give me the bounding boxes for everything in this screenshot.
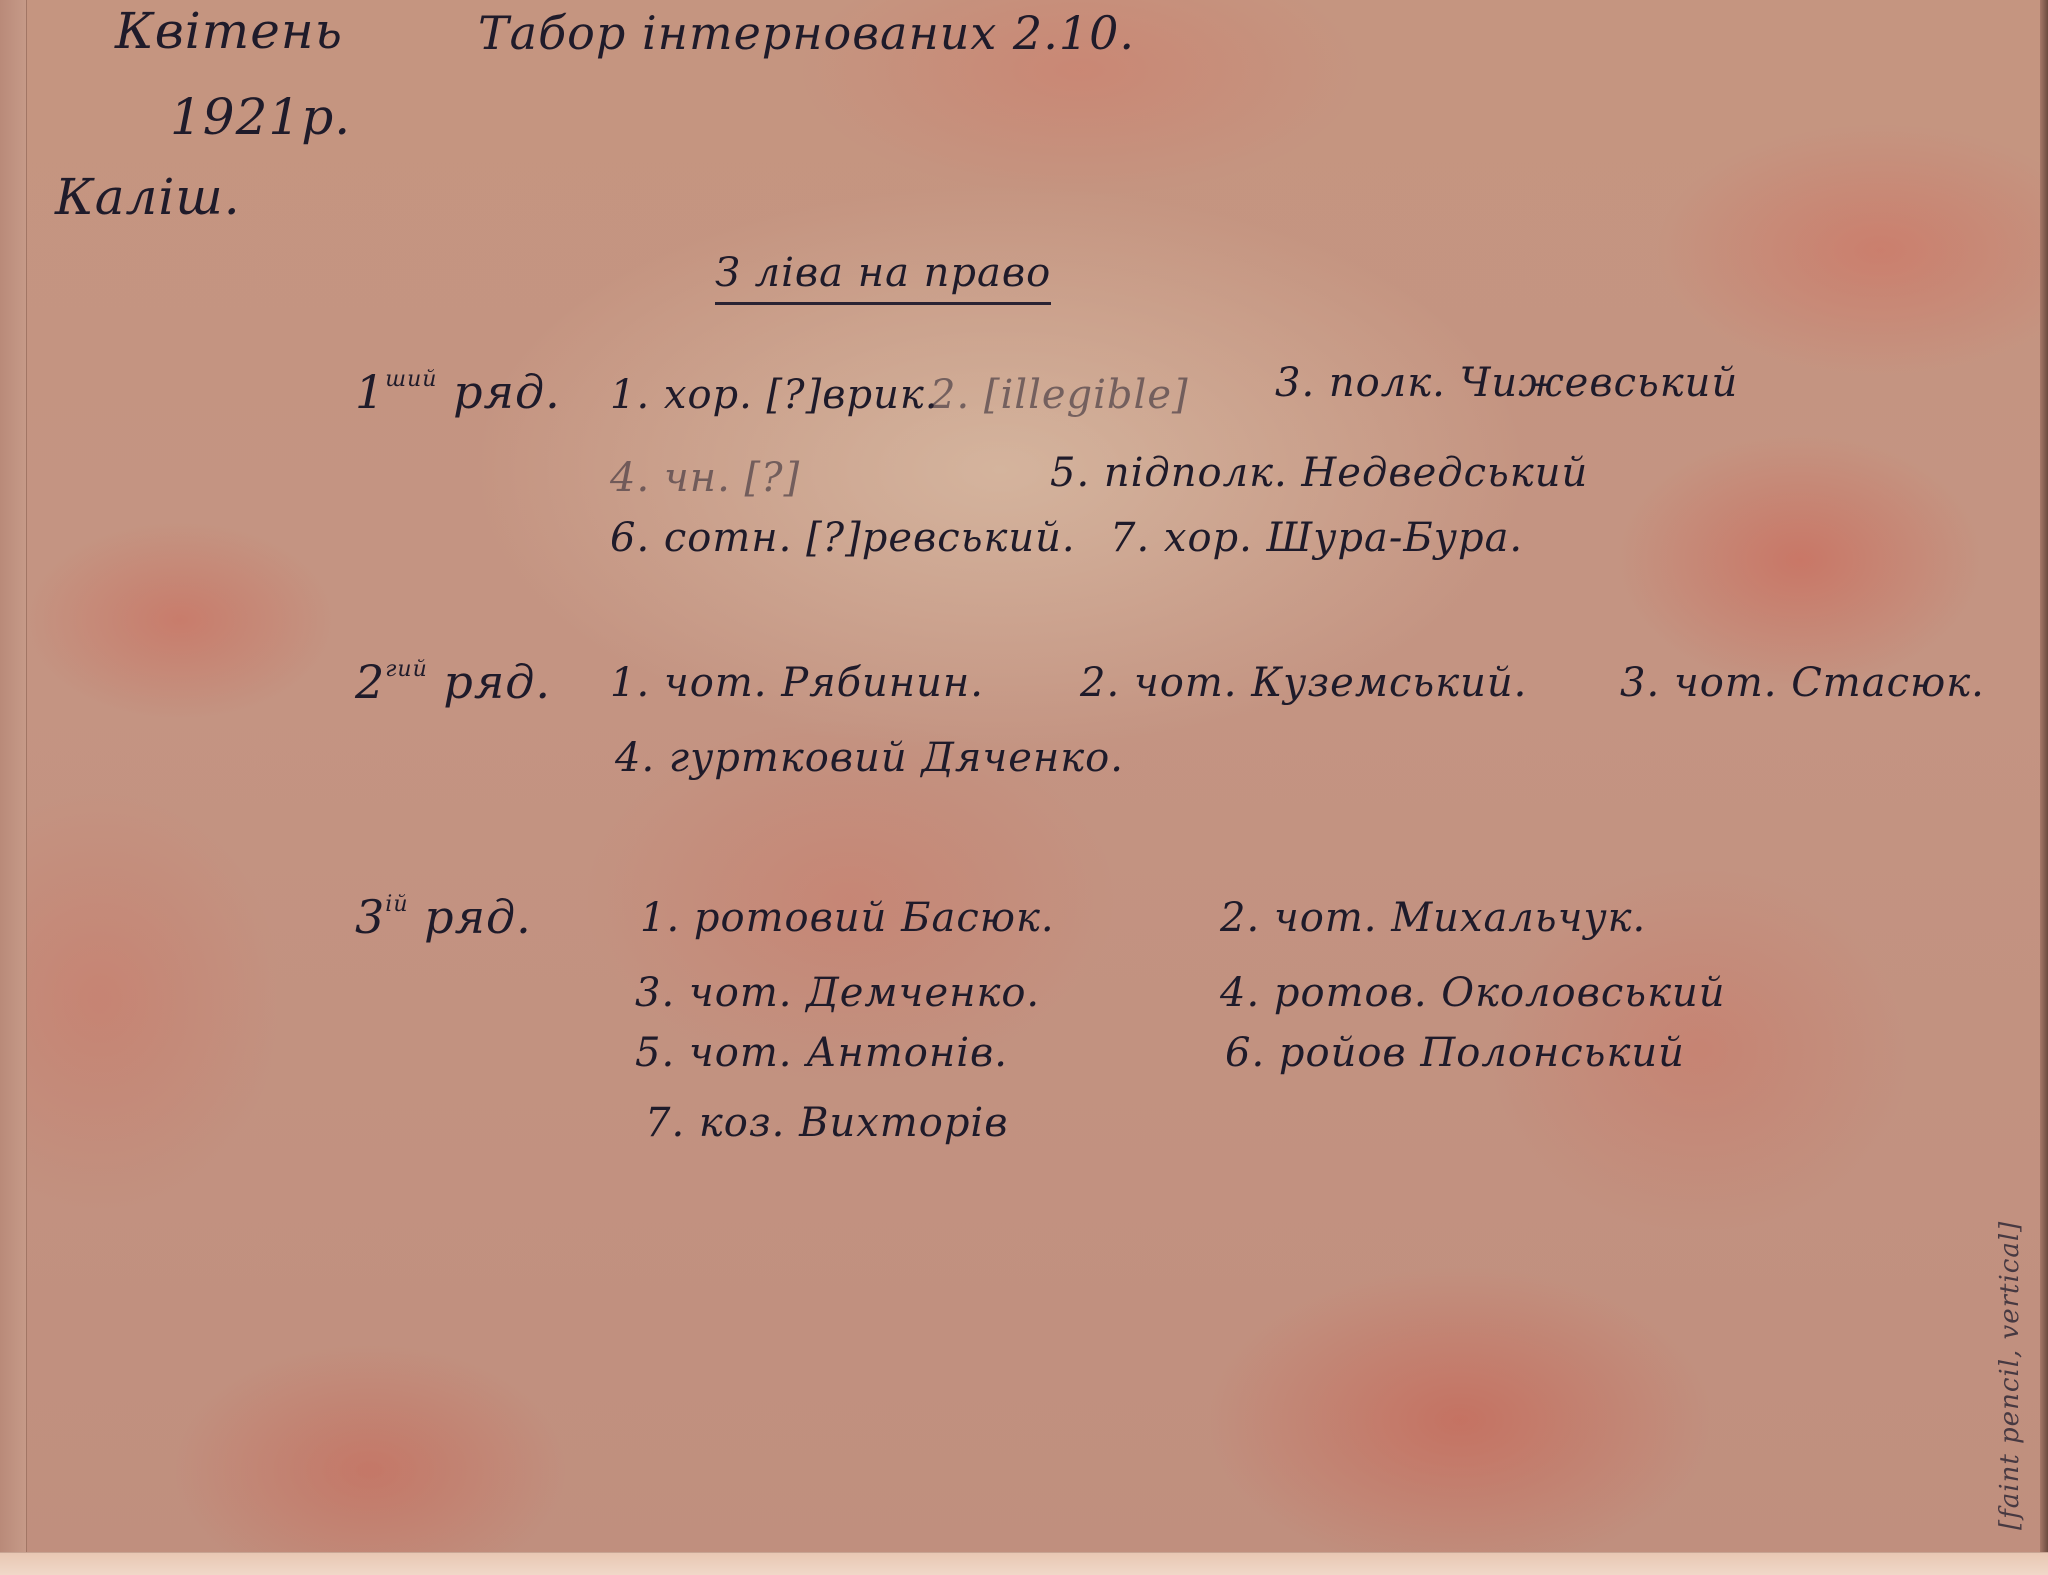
row-1-entry-6: 6. сотн. [?]ревський. [610,515,1076,561]
row-2-label-word: ряд. [443,655,551,709]
row-2-label-number: 2 [355,655,385,709]
row-1-entry-3: 3. полк. Чижевський [1275,360,1738,406]
row-3-entry-5: 5. чот. Антонів. [635,1030,1008,1076]
row-1-label-number: 1 [355,365,385,419]
row-3-label-suffix: ій [385,892,408,917]
row-3-entry-6: 6. ройов Полонський [1225,1030,1685,1076]
corner-note-month: Квітень [115,2,343,60]
row-1-label: 1ший ряд. [355,365,561,419]
corner-note-place: Каліш. [55,168,241,226]
row-2-entry-4: 4. гуртковий Дяченко. [615,735,1124,781]
row-1-entry-5: 5. підполк. Недведський [1050,450,1588,496]
row-1-label-suffix: ший [385,367,437,392]
card-right-edge [2040,0,2048,1575]
row-2-entry-3: 3. чот. Стасюк. [1620,660,1985,706]
row-3-entry-3: 3. чот. Демченко. [635,970,1040,1016]
row-3-entry-4: 4. ротов. Околовський [1220,970,1725,1016]
row-1-entry-4: 4. чн. [?] [610,455,800,501]
row-2-entry-2: 2. чот. Куземський. [1080,660,1527,706]
card-left-edge [0,0,27,1575]
subtitle-left-to-right: З ліва на право [715,250,1051,305]
row-1-entry-1: 1. хор. [?]врик. [610,372,938,418]
row-3-entry-1: 1. ротовий Басюк. [640,895,1055,941]
row-3-entry-2: 2. чот. Михальчук. [1220,895,1646,941]
corner-note-year: 1921р. [170,88,351,146]
row-1-label-word: ряд. [453,365,561,419]
photo-mount-back: Квітень 1921р. Каліш. Табор інтернованих… [0,0,2048,1575]
row-2-label: 2гий ряд. [355,655,551,709]
row-3-label: 3ій ряд. [355,890,532,944]
header-title: Табор інтернованих 2.10. [478,6,1135,60]
card-bottom-strip [0,1552,2048,1575]
row-2-entry-1: 1. чот. Рябинин. [610,660,984,706]
marginal-pencil-note: [faint pencil, vertical] [1995,1221,2025,1530]
row-3-label-word: ряд. [424,890,532,944]
row-3-entry-7: 7. коз. Вихторів [645,1100,1009,1146]
row-2-label-suffix: гий [385,657,427,682]
row-1-entry-7: 7. хор. Шура-Бура. [1110,515,1523,561]
row-3-label-number: 3 [355,890,385,944]
row-1-entry-2: 2. [illegible] [930,372,1189,418]
